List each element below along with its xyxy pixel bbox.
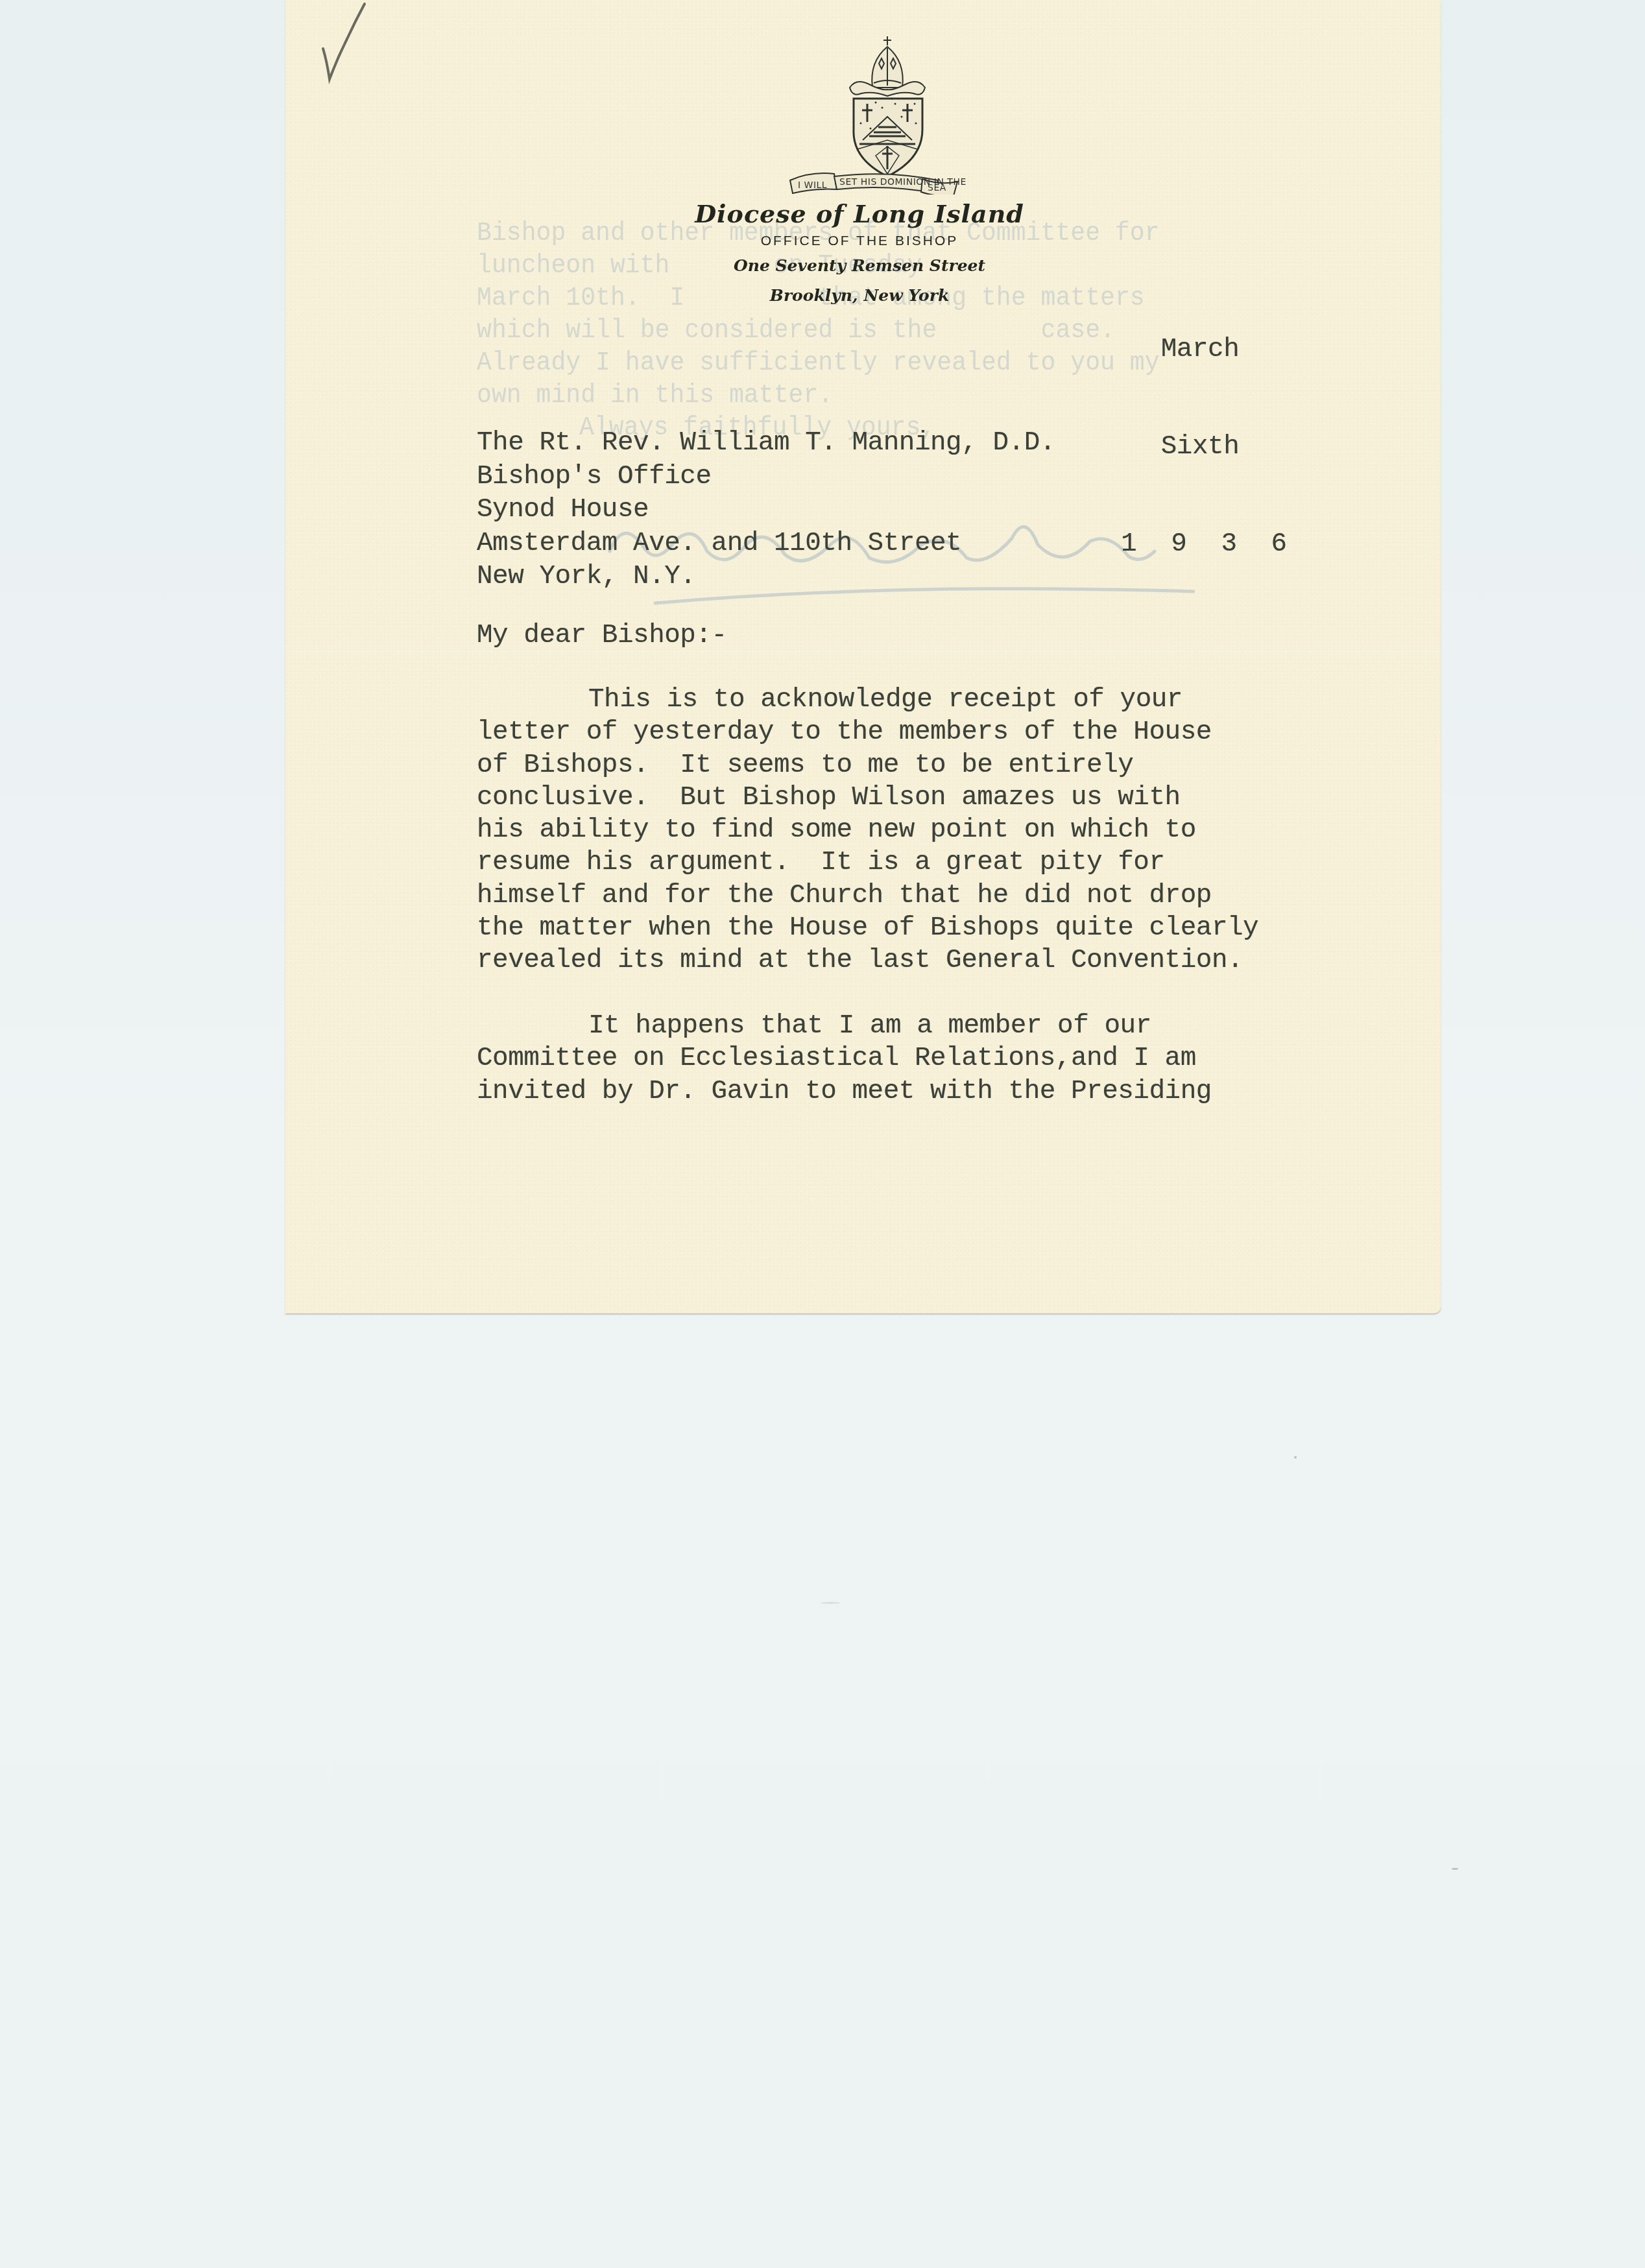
- body-line: his ability to find some new point on wh…: [477, 814, 1258, 846]
- diocese-crest-icon: I WILL SET HIS DOMINION IN THE SEA: [772, 26, 967, 195]
- checkmark-icon: [318, 0, 370, 84]
- body-line: revealed its mind at the last General Co…: [477, 944, 1258, 977]
- street-address: One Seventy Remsen Street: [649, 251, 1070, 281]
- date-day: Sixth: [1116, 431, 1284, 463]
- scan-speck: [1452, 1868, 1458, 1870]
- letter-date: March Sixth 1 9 3 6: [1116, 269, 1284, 593]
- address-line: Bishop's Office: [477, 460, 1055, 494]
- body-line: invited by Dr. Gavin to meet with the Pr…: [477, 1075, 1212, 1108]
- body-line: Committee on Ecclesiastical Relations,an…: [477, 1042, 1212, 1075]
- body-line: It happens that I am a member of our: [477, 1010, 1212, 1042]
- address-line: New York, N.Y.: [477, 560, 1055, 594]
- body-paragraph-1: This is to acknowledge receipt of yourle…: [477, 684, 1258, 977]
- motto-part-3: SEA: [928, 183, 946, 193]
- body-line: the matter when the House of Bishops qui…: [477, 912, 1258, 944]
- body-paragraph-2: It happens that I am a member of ourComm…: [477, 1010, 1212, 1108]
- scan-speck: [821, 1602, 840, 1604]
- recipient-address: The Rt. Rev. William T. Manning, D.D.Bis…: [477, 427, 1055, 594]
- city-address: Brooklyn, New York: [649, 281, 1070, 311]
- body-line: resume his argument. It is a great pity …: [477, 846, 1258, 879]
- letter-page: [285, 0, 1441, 1313]
- office-title: OFFICE OF THE BISHOP: [649, 232, 1070, 251]
- diocese-name: Diocese of Long Island: [649, 198, 1070, 230]
- address-line: The Rt. Rev. William T. Manning, D.D.: [477, 427, 1055, 460]
- address-line: Amsterdam Ave. and 110th Street: [477, 527, 1055, 561]
- body-line: letter of yesterday to the members of th…: [477, 716, 1258, 748]
- motto-part-1: I WILL: [798, 180, 827, 191]
- date-month: March: [1116, 333, 1284, 366]
- scan-speck: [1294, 1456, 1297, 1459]
- address-line: Synod House: [477, 494, 1055, 527]
- salutation: My dear Bishop:-: [477, 619, 727, 652]
- letterhead: Diocese of Long Island OFFICE OF THE BIS…: [649, 198, 1070, 311]
- body-line: himself and for the Church that he did n…: [477, 879, 1258, 912]
- body-line: of Bishops. It seems to me to be entirel…: [477, 749, 1258, 782]
- motto-part-2: SET HIS DOMINION IN THE: [839, 177, 967, 187]
- date-year: 1 9 3 6: [1121, 528, 1284, 560]
- body-line: conclusive. But Bishop Wilson amazes us …: [477, 782, 1258, 814]
- body-line: This is to acknowledge receipt of your: [477, 684, 1258, 716]
- fold-crease: [285, 651, 1441, 652]
